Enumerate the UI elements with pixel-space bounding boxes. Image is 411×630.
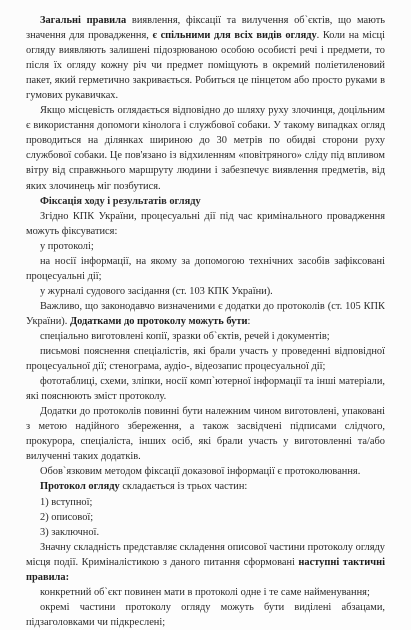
bold-term: Протокол огляду xyxy=(40,481,120,492)
paragraph-general-rules: Загальні правила виявлення, фіксації та … xyxy=(26,13,385,103)
paragraph-attachments: Важливо, що законодавчо визначеними є до… xyxy=(26,299,385,329)
list-item: на носії інформації, на якому за допомог… xyxy=(26,254,385,284)
list-item: фототаблиці, схеми, зліпки, носії комп`ю… xyxy=(26,374,385,404)
paragraph-tactical-rules: Значну складність представляє складення … xyxy=(26,540,385,580)
paragraph-protocol-parts: Протокол огляду складається із трьох час… xyxy=(26,479,385,494)
list-item: спеціально виготовлені копії, зразки об`… xyxy=(26,329,385,344)
list-item: 1) вступної; xyxy=(26,495,385,510)
bold-term: Додатками до протоколу можуть бути xyxy=(70,316,247,327)
list-item: у журналі судового засідання (ст. 103 КП… xyxy=(26,284,385,299)
document-page: Загальні правила виявлення, фіксації та … xyxy=(0,0,411,580)
document-body: Загальні правила виявлення, фіксації та … xyxy=(26,13,385,580)
section-heading: Фіксація ходу і результатів огляду xyxy=(26,194,385,209)
list-item: 3) заключної. xyxy=(26,525,385,540)
list-item: 2) описової; xyxy=(26,510,385,525)
paragraph-protocoling: Обов`язковим методом фіксації доказової … xyxy=(26,464,385,479)
list-item: письмові пояснення спеціалістів, які бра… xyxy=(26,344,385,374)
paragraph-attachment-requirements: Додатки до протоколів повинні бути належ… xyxy=(26,404,385,464)
list-item: у протоколі; xyxy=(26,239,385,254)
bold-term: є спільними для всіх видів огляду xyxy=(152,30,316,41)
paragraph-fixation: Згідно КПК України, процесуальні дії під… xyxy=(26,209,385,239)
paragraph-route-search: Якщо місцевість оглядається відповідно д… xyxy=(26,103,385,193)
bold-term: Загальні правила xyxy=(40,15,126,26)
